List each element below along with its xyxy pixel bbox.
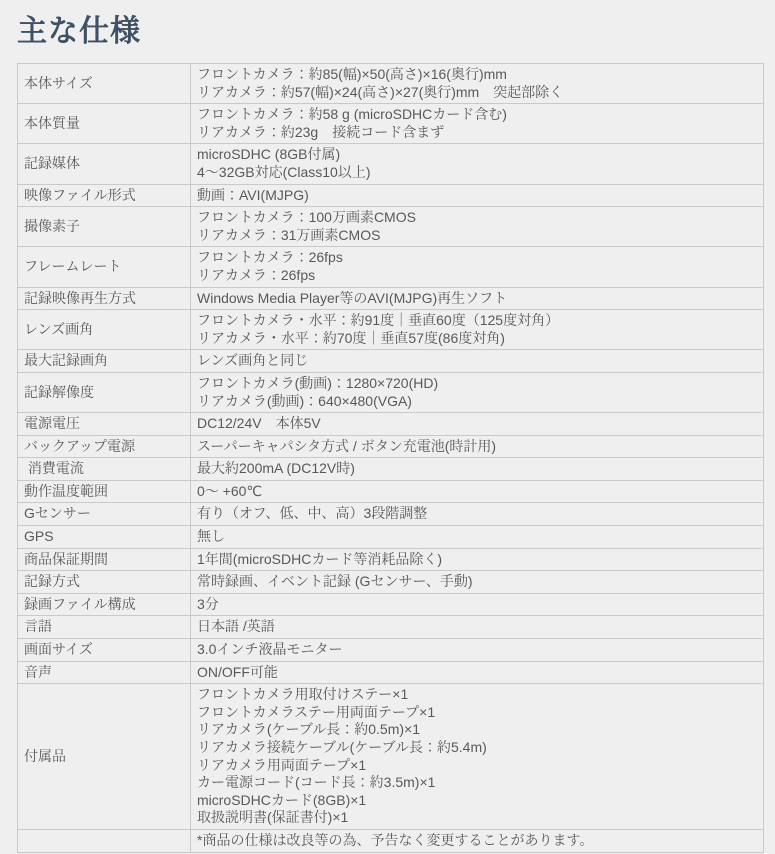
- spec-label-cell: 商品保証期間: [18, 548, 191, 571]
- spec-value-line: リアカメラ：約57(幅)×24(高さ)×27(奥行)mm 突起部除く: [197, 84, 757, 102]
- spec-value-line: フロントカメラ(動画)：1280×720(HD): [197, 375, 757, 393]
- spec-value-line: 4～32GB対応(Class10以上): [197, 164, 757, 182]
- spec-label-cell: 最大記録画角: [18, 350, 191, 373]
- spec-value-cell: 3分: [191, 593, 764, 616]
- spec-label-cell: 記録映像再生方式: [18, 287, 191, 310]
- spec-label-cell: 記録解像度: [18, 372, 191, 412]
- spec-value-cell: レンズ画角と同じ: [191, 350, 764, 373]
- spec-row: 記録解像度フロントカメラ(動画)：1280×720(HD)リアカメラ(動画)：6…: [18, 372, 764, 412]
- spec-row: 本体質量フロントカメラ：約58 g (microSDHCカード含む)リアカメラ：…: [18, 104, 764, 144]
- spec-label-cell: 画面サイズ: [18, 639, 191, 662]
- spec-row: 音声ON/OFF可能: [18, 661, 764, 684]
- spec-value-cell: フロントカメラ(動画)：1280×720(HD)リアカメラ(動画)：640×48…: [191, 372, 764, 412]
- spec-value-line: 3分: [197, 596, 757, 614]
- spec-value-cell: microSDHC (8GB付属)4～32GB対応(Class10以上): [191, 144, 764, 184]
- spec-value-line: リアカメラ：26fps: [197, 267, 757, 285]
- page-title: 主な仕様: [0, 0, 775, 63]
- spec-row: 記録映像再生方式Windows Media Player等のAVI(MJPG)再…: [18, 287, 764, 310]
- spec-value-cell: フロントカメラ用取付けステー×1フロントカメラステー用両面テープ×1リアカメラ(…: [191, 684, 764, 830]
- spec-label-cell: [18, 829, 191, 852]
- spec-value-line: 有り（オフ、低、中、高）3段階調整: [197, 505, 757, 523]
- spec-value-line: リアカメラ用両面テープ×1: [197, 757, 757, 775]
- spec-value-line: 0～ +60℃: [197, 483, 757, 501]
- spec-row: 記録媒体microSDHC (8GB付属)4～32GB対応(Class10以上): [18, 144, 764, 184]
- spec-value-line: リアカメラ(ケーブル長：約0.5m)×1: [197, 721, 757, 739]
- spec-row: 付属品フロントカメラ用取付けステー×1フロントカメラステー用両面テープ×1リアカ…: [18, 684, 764, 830]
- spec-label-cell: 記録方式: [18, 571, 191, 594]
- spec-row: 消費電流最大約200mA (DC12V時): [18, 458, 764, 481]
- spec-value-cell: フロントカメラ：約58 g (microSDHCカード含む)リアカメラ：約23g…: [191, 104, 764, 144]
- spec-label-cell: 音声: [18, 661, 191, 684]
- spec-page: 主な仕様 本体サイズフロントカメラ：約85(幅)×50(高さ)×16(奥行)mm…: [0, 0, 775, 854]
- spec-value-cell: 無し: [191, 526, 764, 549]
- spec-value-line: 動画：AVI(MJPG): [197, 187, 757, 205]
- spec-value-line: 取扱説明書(保証書付)×1: [197, 809, 757, 827]
- spec-value-cell: *商品の仕様は改良等の為、予告なく変更することがあります。: [191, 829, 764, 852]
- spec-value-cell: 日本語 /英語: [191, 616, 764, 639]
- spec-value-cell: 1年間(microSDHCカード等消耗品除く): [191, 548, 764, 571]
- spec-label-cell: GPS: [18, 526, 191, 549]
- spec-row: 録画ファイル構成3分: [18, 593, 764, 616]
- spec-value-line: リアカメラ・水平：約70度｜垂直57度(86度対角): [197, 330, 757, 348]
- spec-value-cell: 0～ +60℃: [191, 480, 764, 503]
- spec-label-cell: 言語: [18, 616, 191, 639]
- spec-table-body: 本体サイズフロントカメラ：約85(幅)×50(高さ)×16(奥行)mmリアカメラ…: [18, 64, 764, 853]
- spec-value-cell: ON/OFF可能: [191, 661, 764, 684]
- spec-value-cell: 動画：AVI(MJPG): [191, 184, 764, 207]
- spec-row: 画面サイズ3.0インチ液晶モニター: [18, 639, 764, 662]
- spec-value-cell: 3.0インチ液晶モニター: [191, 639, 764, 662]
- spec-row: 撮像素子フロントカメラ：100万画素CMOSリアカメラ：31万画素CMOS: [18, 207, 764, 247]
- spec-label-cell: フレームレート: [18, 247, 191, 287]
- spec-label-cell: 本体サイズ: [18, 64, 191, 104]
- spec-value-line: カー電源コード(コード長：約3.5m)×1: [197, 774, 757, 792]
- spec-value-line: フロントカメラステー用両面テープ×1: [197, 704, 757, 722]
- spec-value-line: リアカメラ(動画)：640×480(VGA): [197, 393, 757, 411]
- spec-value-cell: DC12/24V 本体5V: [191, 413, 764, 436]
- spec-value-cell: フロントカメラ：26fpsリアカメラ：26fps: [191, 247, 764, 287]
- spec-value-line: フロントカメラ用取付けステー×1: [197, 686, 757, 704]
- spec-row: レンズ画角フロントカメラ・水平：約91度｜垂直60度（125度対角）リアカメラ・…: [18, 310, 764, 350]
- spec-value-cell: 有り（オフ、低、中、高）3段階調整: [191, 503, 764, 526]
- spec-value-line: microSDHCカード(8GB)×1: [197, 792, 757, 810]
- spec-value-line: 1年間(microSDHCカード等消耗品除く): [197, 551, 757, 569]
- spec-label-cell: 録画ファイル構成: [18, 593, 191, 616]
- spec-value-cell: 最大約200mA (DC12V時): [191, 458, 764, 481]
- spec-row: フレームレートフロントカメラ：26fpsリアカメラ：26fps: [18, 247, 764, 287]
- spec-value-line: リアカメラ：31万画素CMOS: [197, 227, 757, 245]
- spec-value-line: 常時録画、イベント記録 (Gセンサー、手動): [197, 573, 757, 591]
- spec-value-line: レンズ画角と同じ: [197, 352, 757, 370]
- spec-row: 最大記録画角レンズ画角と同じ: [18, 350, 764, 373]
- spec-label-cell: レンズ画角: [18, 310, 191, 350]
- spec-row: 映像ファイル形式動画：AVI(MJPG): [18, 184, 764, 207]
- spec-label-cell: バックアップ電源: [18, 435, 191, 458]
- spec-value-line: フロントカメラ：100万画素CMOS: [197, 209, 757, 227]
- spec-value-line: フロントカメラ：約58 g (microSDHCカード含む): [197, 106, 757, 124]
- spec-value-line: 3.0インチ液晶モニター: [197, 641, 757, 659]
- spec-label-cell: 映像ファイル形式: [18, 184, 191, 207]
- spec-label-cell: Gセンサー: [18, 503, 191, 526]
- spec-value-line: フロントカメラ：26fps: [197, 249, 757, 267]
- spec-value-line: フロントカメラ・水平：約91度｜垂直60度（125度対角）: [197, 312, 757, 330]
- spec-label-cell: 本体質量: [18, 104, 191, 144]
- spec-value-line: スーパーキャパシタ方式 / ボタン充電池(時計用): [197, 438, 757, 456]
- spec-label-cell: 記録媒体: [18, 144, 191, 184]
- spec-value-line: リアカメラ：約23g 接続コード含まず: [197, 124, 757, 142]
- spec-row: GPS無し: [18, 526, 764, 549]
- spec-value-line: 日本語 /英語: [197, 618, 757, 636]
- spec-value-line: DC12/24V 本体5V: [197, 415, 757, 433]
- spec-value-line: Windows Media Player等のAVI(MJPG)再生ソフト: [197, 290, 757, 308]
- spec-value-cell: フロントカメラ：約85(幅)×50(高さ)×16(奥行)mmリアカメラ：約57(…: [191, 64, 764, 104]
- spec-label-cell: 付属品: [18, 684, 191, 830]
- spec-value-line: 無し: [197, 528, 757, 546]
- spec-value-cell: フロントカメラ：100万画素CMOSリアカメラ：31万画素CMOS: [191, 207, 764, 247]
- spec-value-line: ON/OFF可能: [197, 664, 757, 682]
- spec-row: 言語日本語 /英語: [18, 616, 764, 639]
- spec-row: 本体サイズフロントカメラ：約85(幅)×50(高さ)×16(奥行)mmリアカメラ…: [18, 64, 764, 104]
- spec-value-line: microSDHC (8GB付属): [197, 146, 757, 164]
- spec-label-cell: 消費電流: [18, 458, 191, 481]
- spec-value-cell: スーパーキャパシタ方式 / ボタン充電池(時計用): [191, 435, 764, 458]
- spec-table: 本体サイズフロントカメラ：約85(幅)×50(高さ)×16(奥行)mmリアカメラ…: [17, 63, 764, 853]
- spec-label-cell: 電源電圧: [18, 413, 191, 436]
- spec-row: 商品保証期間1年間(microSDHCカード等消耗品除く): [18, 548, 764, 571]
- spec-row: 動作温度範囲0～ +60℃: [18, 480, 764, 503]
- spec-row: バックアップ電源スーパーキャパシタ方式 / ボタン充電池(時計用): [18, 435, 764, 458]
- spec-label-cell: 撮像素子: [18, 207, 191, 247]
- spec-row: 記録方式常時録画、イベント記録 (Gセンサー、手動): [18, 571, 764, 594]
- spec-value-line: フロントカメラ：約85(幅)×50(高さ)×16(奥行)mm: [197, 66, 757, 84]
- spec-value-cell: Windows Media Player等のAVI(MJPG)再生ソフト: [191, 287, 764, 310]
- spec-row: Gセンサー有り（オフ、低、中、高）3段階調整: [18, 503, 764, 526]
- spec-value-line: *商品の仕様は改良等の為、予告なく変更することがあります。: [197, 832, 757, 850]
- spec-value-line: リアカメラ接続ケーブル(ケーブル長：約5.4m): [197, 739, 757, 757]
- spec-label-cell: 動作温度範囲: [18, 480, 191, 503]
- spec-value-cell: 常時録画、イベント記録 (Gセンサー、手動): [191, 571, 764, 594]
- spec-value-cell: フロントカメラ・水平：約91度｜垂直60度（125度対角）リアカメラ・水平：約7…: [191, 310, 764, 350]
- spec-value-line: 最大約200mA (DC12V時): [197, 460, 757, 478]
- spec-row: 電源電圧DC12/24V 本体5V: [18, 413, 764, 436]
- spec-row: *商品の仕様は改良等の為、予告なく変更することがあります。: [18, 829, 764, 852]
